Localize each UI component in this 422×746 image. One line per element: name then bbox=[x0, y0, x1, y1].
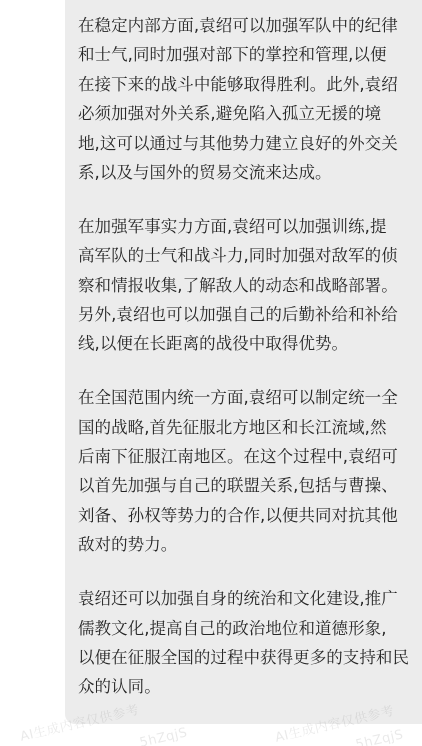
message-line: 在接下来的战斗中能够取得胜利。此外,袁绍 bbox=[78, 70, 409, 99]
message-line: 敌对的势力。 bbox=[78, 530, 409, 559]
assistant-message-bubble: 在稳定内部方面,袁绍可以加强军队中的纪律和士气,同时加强对部下的掌控和管理,以便… bbox=[65, 0, 422, 724]
message-line: 必须加强对外关系,避免陷入孤立无援的境 bbox=[78, 99, 409, 128]
watermark-corner-fragment: 参考 bbox=[0, 0, 8, 6]
message-line: 国的战略,首先征服北方地区和长江流域,然 bbox=[78, 413, 409, 442]
watermark-id-right: 5hZqjS bbox=[354, 727, 405, 746]
message-line: 在稳定内部方面,袁绍可以加强军队中的纪律 bbox=[78, 11, 409, 40]
message-line: 地,这可以通过与其他势力建立良好的外交关 bbox=[78, 129, 409, 158]
message-line: 以便在征服全国的过程中获得更多的支持和民 bbox=[78, 643, 409, 672]
message-line: 刘备、孙权等势力的合作,以便共同对抗其他 bbox=[78, 501, 409, 530]
message-paragraph: 在加强军事实力方面,袁绍可以加强训练,提高军队的士气和战斗力,同时加强对敌军的侦… bbox=[78, 212, 409, 359]
message-line: 儒教文化,提高自己的政治地位和道德形象, bbox=[78, 614, 409, 643]
chat-screen: 在稳定内部方面,袁绍可以加强军队中的纪律和士气,同时加强对部下的掌控和管理,以便… bbox=[0, 0, 422, 746]
message-paragraph: 在稳定内部方面,袁绍可以加强军队中的纪律和士气,同时加强对部下的掌控和管理,以便… bbox=[78, 11, 409, 187]
message-line: 和士气,同时加强对部下的掌控和管理,以便 bbox=[78, 40, 409, 69]
message-line: 系,以及与国外的贸易交流来达成。 bbox=[78, 158, 409, 187]
message-line: 另外,袁绍也可以加强自己的后勤补给和补给 bbox=[78, 300, 409, 329]
message-line: 袁绍还可以加强自身的统治和文化建设,推广 bbox=[78, 584, 409, 613]
message-paragraph: 袁绍还可以加强自身的统治和文化建设,推广儒教文化,提高自己的政治地位和道德形象,… bbox=[78, 584, 409, 702]
message-line: 线,以便在长距离的战役中取得优势。 bbox=[78, 329, 409, 358]
message-line: 高军队的士气和战斗力,同时加强对敌军的侦 bbox=[78, 241, 409, 270]
message-line: 后南下征服江南地区。在这个过程中,袁绍可 bbox=[78, 442, 409, 471]
message-line: 在全国范围内统一方面,袁绍可以制定统一全 bbox=[78, 383, 409, 412]
message-line: 察和情报收集,了解敌人的动态和战略部署。 bbox=[78, 271, 409, 300]
message-paragraph: 在全国范围内统一方面,袁绍可以制定统一全国的战略,首先征服北方地区和长江流域,然… bbox=[78, 383, 409, 559]
watermark-id-left: 5hZqjS bbox=[138, 725, 189, 746]
message-line: 以首先加强与自己的联盟关系,包括与曹操、 bbox=[78, 471, 409, 500]
message-line: 众的认同。 bbox=[78, 672, 409, 701]
message-line: 在加强军事实力方面,袁绍可以加强训练,提 bbox=[78, 212, 409, 241]
